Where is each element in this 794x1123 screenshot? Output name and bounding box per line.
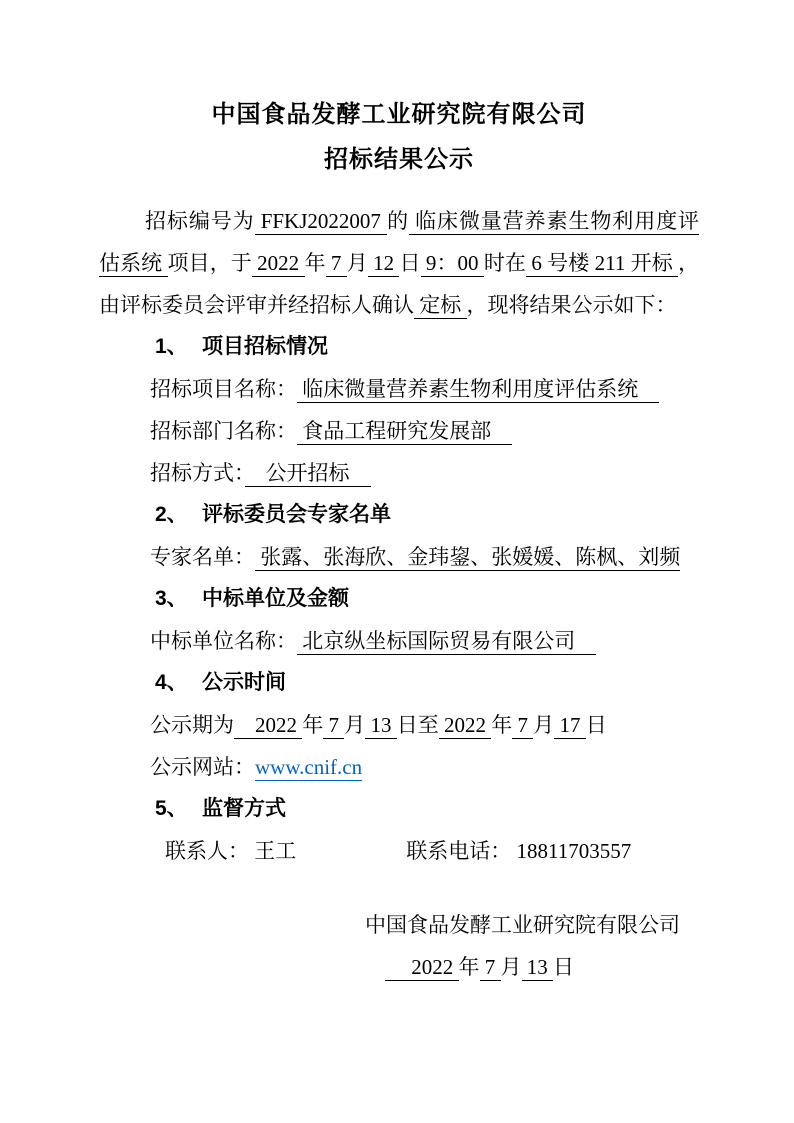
fill-in-value: FFKJ2022007 [255,209,388,235]
section-number: 1、 [155,326,202,368]
fill-in-value: 9：00 [421,251,484,277]
text-run: 年 [459,955,480,979]
fill-in-value: 2022 [252,251,305,277]
fill-in-value: 6 号楼 211 开标 [526,251,678,277]
text-run: 公示网站： [150,755,255,779]
fill-in-value: 13 [365,713,397,739]
text-run: 年 [302,713,323,737]
fill-in-value: 7 [326,251,347,277]
expert-list-line: 专家名单： 张露、张海欣、金玮鋆、张媛媛、陈枫、刘频 [99,536,699,578]
intro-paragraph: 招标编号为 FFKJ2022007 的 临床微量营养素生物利用度评估系统 项目，… [99,200,699,326]
text-run: 日 [399,251,420,275]
section-heading-1: 1、项目招标情况 [99,326,699,368]
fill-in-value: 2022 [234,713,302,739]
document-page: 中国食品发酵工业研究院有限公司 招标结果公示 招标编号为 FFKJ2022007… [0,0,794,1123]
text-run: 年 [305,251,326,275]
section-title: 公示时间 [202,671,286,694]
section-title: 项目招标情况 [202,335,328,358]
fill-in-value: 公开招标 [245,461,371,487]
text-run: 招标方式： [150,461,245,485]
section-heading-3: 3、中标单位及金额 [99,578,699,620]
text-run: 月 [347,251,368,275]
text-run: 月 [344,713,365,737]
tender-department-line: 招标部门名称： 食品工程研究发展部 [99,410,699,452]
document-title-subject: 招标结果公示 [99,137,699,182]
tender-method-line: 招标方式： 公开招标 [99,452,699,494]
text-run: 日 [586,713,607,737]
text-run: 项目，于 [168,251,252,275]
text-run: 联系电话： 18811703557 [406,839,631,863]
text-run: 年 [491,713,512,737]
text-run: 日至 [397,713,439,737]
text-run: 月 [501,955,522,979]
text-run: 时在 [484,251,526,275]
fill-in-value: 张露、张海欣、金玮鋆、张媛媛、陈枫、刘频 [255,545,680,571]
section-title: 评标委员会专家名单 [202,503,391,526]
fill-in-value: 13 [522,955,554,981]
fill-in-value: 临床微量营养素生物利用度评估系统 [297,377,659,403]
publicity-period-line: 公示期为 2022 年 7 月 13 日至 2022 年 7 月 17 日 [99,704,699,746]
fill-in-value: 食品工程研究发展部 [297,419,512,445]
section-number: 2、 [155,494,202,536]
fill-in-value: 7 [323,713,344,739]
document-title-company: 中国食品发酵工业研究院有限公司 [99,92,699,137]
website-link[interactable]: www.cnif.cn [255,755,362,781]
tender-project-name-line: 招标项目名称： 临床微量营养素生物利用度评估系统 [99,368,699,410]
fill-in-value: 2022 [439,713,492,739]
fill-in-value: 7 [480,955,501,981]
text-run: 专家名单： [150,545,255,569]
sections-container: 1、项目招标情况招标项目名称： 临床微量营养素生物利用度评估系统 招标部门名称：… [99,326,699,872]
section-number: 3、 [155,578,202,620]
contact-line: 联系人： 王工联系电话： 18811703557 [99,830,699,872]
fill-in-value: 7 [512,713,533,739]
document-content: 中国食品发酵工业研究院有限公司 招标结果公示 招标编号为 FFKJ2022007… [99,92,699,988]
fill-in-value: 12 [368,251,400,277]
text-run: 月 [533,713,554,737]
text-run: 日 [553,955,574,979]
footer-date: 2022 年 7 月 13 日 [99,946,699,988]
text-run: 招标项目名称： [150,377,297,401]
fill-in-value: 定标 [414,293,467,319]
text-run: ，现将结果公示如下： [467,293,677,317]
fill-in-value: 北京纵坐标国际贸易有限公司 [297,629,596,655]
section-heading-4: 4、公示时间 [99,662,699,704]
fill-in-value: 2022 [385,955,459,981]
winning-bidder-line: 中标单位名称： 北京纵坐标国际贸易有限公司 [99,620,699,662]
text-run: 招标编号为 [145,209,255,233]
publicity-website-line: 公示网站：www.cnif.cn [99,746,699,788]
section-heading-5: 5、监督方式 [99,788,699,830]
text-run: 公示期为 [150,713,234,737]
section-number: 4、 [155,662,202,704]
section-number: 5、 [155,788,202,830]
text-run: 中标单位名称： [150,629,297,653]
section-title: 中标单位及金额 [202,587,349,610]
text-run: 招标部门名称： [150,419,297,443]
section-heading-2: 2、评标委员会专家名单 [99,494,699,536]
section-title: 监督方式 [202,797,286,820]
fill-in-value: 17 [554,713,586,739]
footer-company: 中国食品发酵工业研究院有限公司 [99,904,699,946]
text-run: 联系人： 王工 [165,839,296,863]
text-run: 的 [387,209,409,233]
